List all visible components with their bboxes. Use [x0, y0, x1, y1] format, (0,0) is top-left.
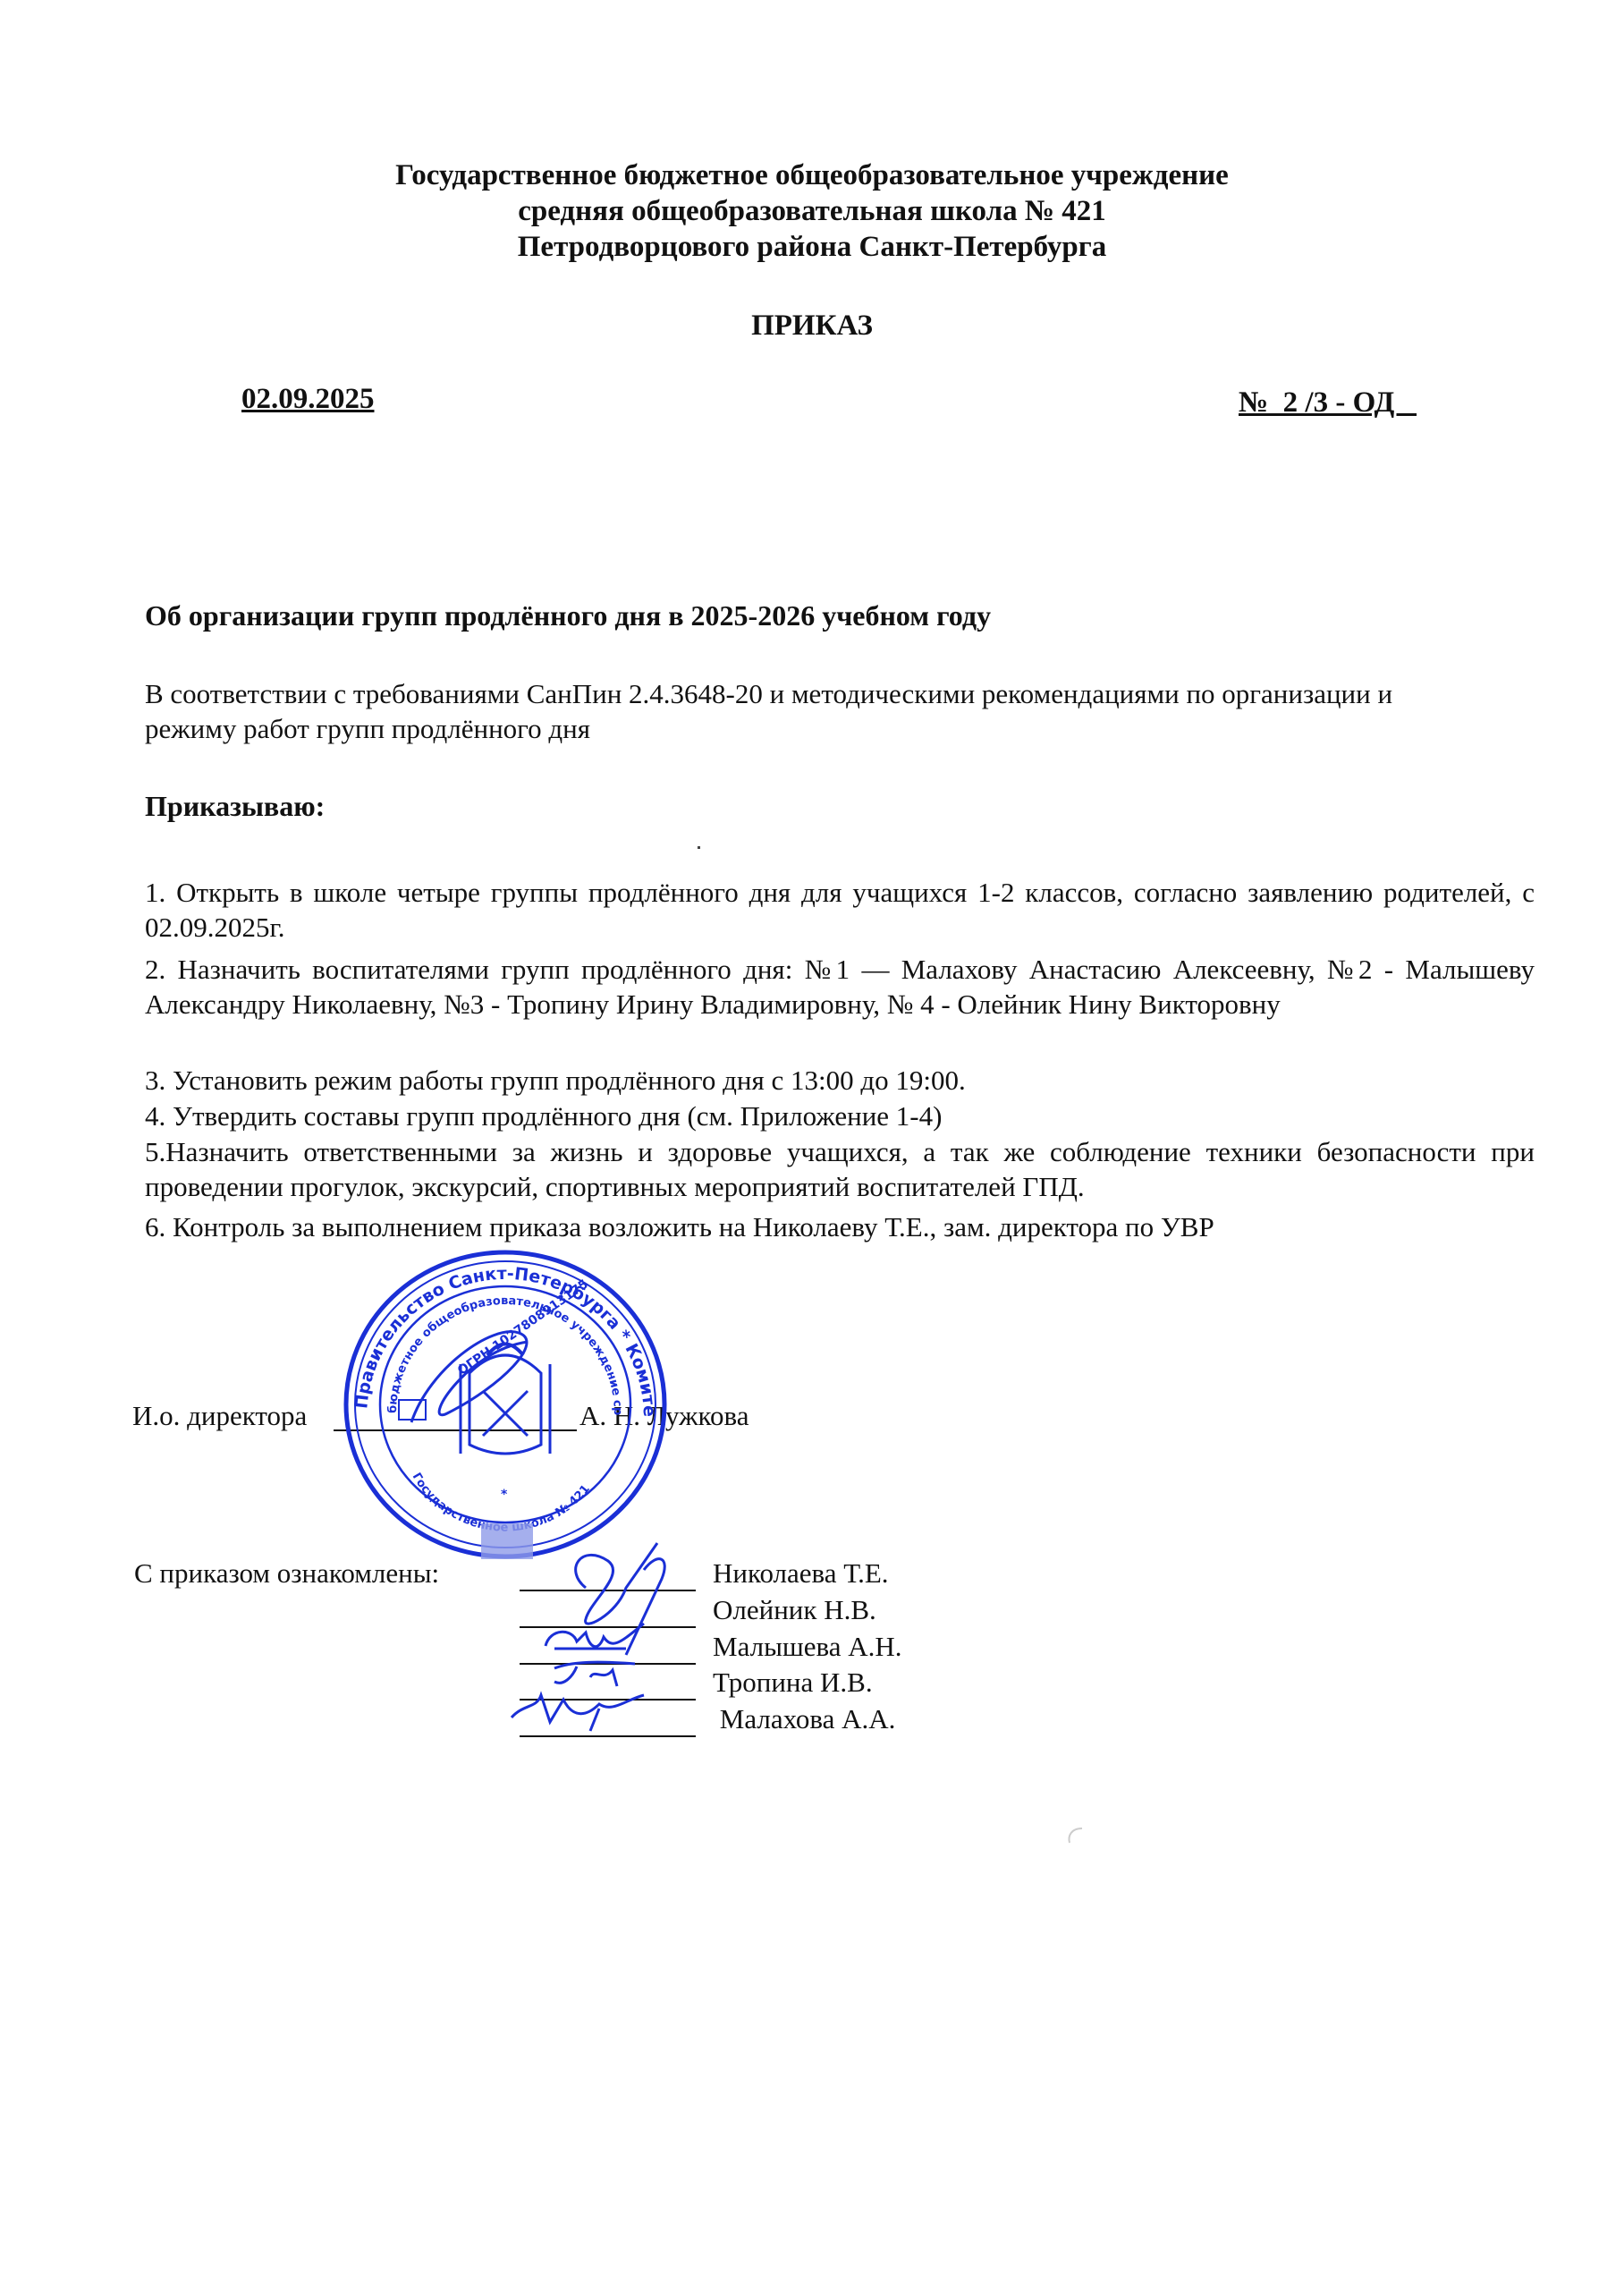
order-item-2: 2. Назначить воспитателями групп продлён…: [145, 952, 1535, 1022]
order-number: № 2 /3 - ОД: [1239, 386, 1417, 420]
acknowledgement-label: С приказом ознакомлены:: [134, 1557, 439, 1590]
ack-handwritten-signatures: [501, 1534, 724, 1758]
scan-mark: [1064, 1825, 1086, 1846]
org-name-line-3: Петродворцового района Санкт-Петербурга: [0, 229, 1624, 265]
order-subject: Об организации групп продлённого дня в 2…: [145, 599, 991, 632]
director-handwritten-signature: [393, 1315, 590, 1449]
scan-speck: [698, 846, 700, 849]
ack-name-4: Тропина И.В.: [713, 1667, 873, 1699]
ack-name-2: Олейник Н.В.: [713, 1594, 876, 1626]
order-word: Приказываю:: [145, 789, 1535, 824]
ack-name-1: Николаева Т.Е.: [713, 1557, 889, 1590]
org-name-line-2: средняя общеобразовательная школа № 421: [0, 193, 1624, 229]
order-item-5: 5.Назначить ответственными за жизнь и зд…: [145, 1134, 1535, 1204]
order-item-3: 3. Установить режим работы групп продлён…: [145, 1063, 1535, 1098]
order-item-4: 4. Утвердить составы групп продлённого д…: [145, 1098, 1535, 1133]
svg-text:*: *: [501, 1488, 508, 1502]
ack-name-5: Малахова А.А.: [713, 1703, 895, 1735]
signer-role: И.о. директора: [132, 1400, 307, 1432]
org-name-line-1: Государственное бюджетное общеобразовате…: [0, 157, 1624, 193]
document-type: ПРИКАЗ: [0, 310, 1624, 343]
order-date: 02.09.2025: [241, 383, 375, 416]
preamble: В соответствии с требованиями СанПин 2.4…: [145, 676, 1451, 746]
order-item-1: 1. Открыть в школе четыре группы продлён…: [145, 875, 1535, 945]
ack-name-3: Малышева А.Н.: [713, 1631, 902, 1663]
